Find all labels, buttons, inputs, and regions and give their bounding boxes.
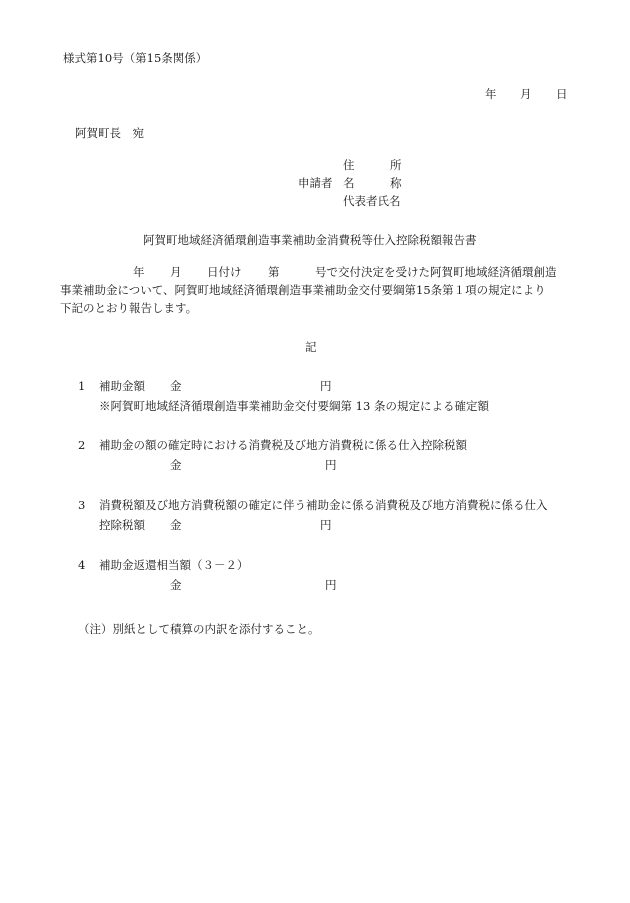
body-no: 第 [268, 264, 280, 280]
body-year: 年 [133, 264, 145, 280]
body-line1-rest: 号で交付決定を受けた阿賀町地域経済循環創造 [315, 264, 557, 280]
body-line2: 事業補助金について、阿賀町地域経済循環創造事業補助金交付要綱第15条第１項の規定… [60, 282, 546, 298]
body-month: 月 [170, 264, 182, 280]
form-number: 様式第10号（第15条関係） [63, 50, 207, 66]
item-yen: 円 [325, 457, 337, 473]
item-note: ※阿賀町地域経済循環創造事業補助金交付要綱第 13 条の規定による確定額 [99, 398, 489, 414]
item-label: 補助金額 [99, 378, 145, 394]
body-dated: 日付け [207, 264, 242, 280]
item-label: 補助金返還相当額（３－２） [99, 557, 249, 573]
item-yen: 円 [320, 378, 332, 394]
item-kin: 金 [170, 577, 182, 593]
date-year: 年 [485, 86, 497, 102]
item-number: 3 [78, 497, 85, 513]
address-label-b: 所 [390, 157, 402, 173]
item-number: 4 [78, 557, 85, 573]
name-label-a: 名 [343, 175, 355, 191]
name-label-b: 称 [390, 175, 402, 191]
ki-heading: 記 [305, 339, 317, 355]
item-kin: 金 [170, 378, 182, 394]
address-label-a: 住 [343, 157, 355, 173]
date-month: 月 [520, 86, 532, 102]
item-yen: 円 [325, 577, 337, 593]
item-label-cont: 控除税額 [99, 517, 145, 533]
applicant-label: 申請者 [298, 175, 333, 191]
document-title: 阿賀町地域経済循環創造事業補助金消費税等仕入控除税額報告書 [143, 232, 477, 248]
item-number: 1 [78, 378, 85, 394]
representative-label: 代表者氏名 [343, 193, 401, 209]
date-day: 日 [556, 86, 568, 102]
body-line3: 下記のとおり報告します。 [60, 300, 197, 316]
item-label: 補助金の額の確定時における消費税及び地方消費税に係る仕入控除税額 [99, 437, 467, 453]
item-kin: 金 [170, 517, 182, 533]
item-kin: 金 [170, 457, 182, 473]
item-number: 2 [78, 437, 85, 453]
item-yen: 円 [320, 517, 332, 533]
footnote: （注）別紙として積算の内訳を添付すること。 [78, 621, 320, 637]
item-label: 消費税額及び地方消費税額の確定に伴う補助金に係る消費税及び地方消費税に係る仕入 [99, 497, 548, 513]
addressee: 阿賀町長 宛 [75, 125, 144, 141]
